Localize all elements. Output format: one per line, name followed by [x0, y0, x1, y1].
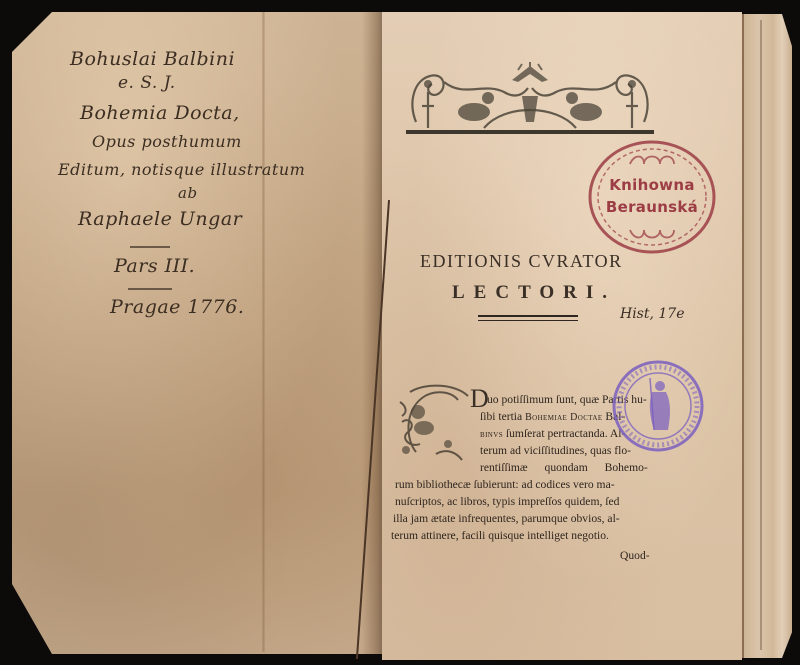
- body-line: terum ad viciſſitudines, quas flo-: [480, 444, 631, 457]
- handwritten-shelfmark: Hist, 17e: [620, 306, 685, 322]
- body-text-fragment: ſumſerat pertractanda. Al-: [503, 427, 625, 440]
- inscription-line-editum: Editum, notisque illustratum: [58, 162, 305, 178]
- body-line: nuſcriptos, ac libros, typis impreſſos q…: [395, 495, 619, 508]
- inscription-line-order: e. S. J.: [118, 75, 176, 92]
- inscription-line-editor: Raphaele Ungar: [78, 210, 242, 229]
- stamp-text-line1: Knihowna: [586, 176, 718, 194]
- title-rule-top: [478, 315, 578, 317]
- ink-rule: [128, 288, 172, 290]
- inscription-line-place-date: Pragae 1776.: [110, 298, 244, 317]
- inscription-line-opus: Opus posthumum: [92, 134, 242, 150]
- body-text-fragment: ſibi tertia: [480, 410, 525, 423]
- body-line: illa jam ætate infrequentes, parumque ob…: [393, 512, 620, 525]
- catchword: Quod-: [620, 549, 650, 562]
- decorated-initial-icon: [396, 382, 476, 464]
- title-heading-line1: EDITIONIS CVRATOR: [420, 251, 623, 272]
- body-line: binvs ſumſerat pertractanda. Al-: [480, 427, 625, 440]
- inscription-line-title: Bohemia Docta,: [80, 104, 240, 123]
- library-stamp-red: Knihowna Beraunská: [586, 138, 718, 256]
- inscription-line-author: Bohuslai Balbini: [70, 50, 235, 69]
- body-line: rentiſſimæ quondam Bohemo-: [480, 461, 648, 474]
- fore-edge-line: [760, 20, 762, 650]
- fore-edge-pages: [742, 14, 792, 658]
- inscription-line-pars: Pars III.: [114, 257, 195, 276]
- ink-rule: [130, 246, 170, 248]
- headpiece-ornament-icon: [404, 62, 656, 140]
- body-smallcaps: Bohemiae Doctae: [525, 412, 602, 423]
- book-spread-photo: Bohuslai Balbini e. S. J. Bohemia Docta,…: [0, 0, 800, 665]
- title-heading-line2: LECTORI.: [452, 282, 616, 304]
- body-line: terum attinere, facili quisque intellige…: [391, 529, 609, 542]
- library-stamp-violet-icon: [610, 358, 706, 454]
- page-crease: [262, 12, 265, 652]
- title-rule-bottom: [478, 320, 578, 321]
- body-line: ſibi tertia Bohemiae Doctae Bal-: [480, 410, 625, 423]
- body-line: rum bibliothecæ ſubierunt: ad codices ve…: [395, 478, 615, 491]
- stamp-text-line2: Beraunská: [586, 198, 718, 216]
- body-smallcaps: binvs: [480, 429, 503, 440]
- inscription-line-ab: ab: [178, 186, 198, 201]
